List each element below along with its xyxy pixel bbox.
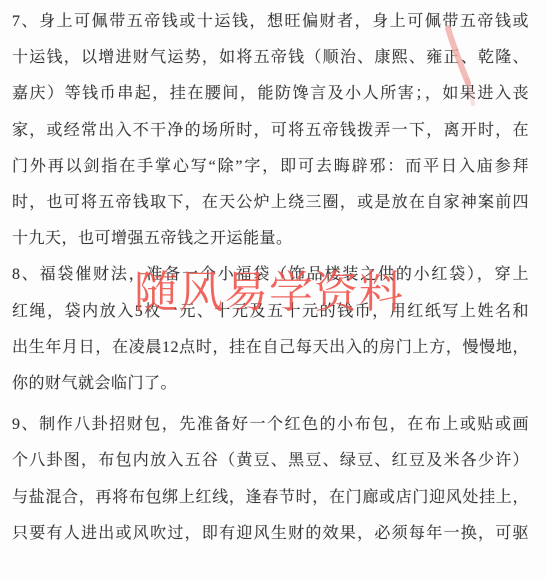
text-line: 7、身上可佩带五帝钱或十运钱，想旺偏财者，身上可佩带五帝钱或: [12, 4, 529, 40]
text-line: 个八卦图，布包内放入五谷（黄豆、黑豆、绿豆、红豆及米各少许）: [12, 443, 529, 479]
text-line: 时，也可将五帝钱取下，在天公炉上绕三圈，或是放在自家神案前四: [12, 185, 529, 221]
text-line: 红绳，袋内放入5枚一元、十元及五十元的钱币，用红纸写上姓名和: [12, 294, 529, 330]
text-line: 只要有人进出或风吹过，即有迎风生财的效果，必须每年一换，可驱: [12, 516, 529, 552]
text-line: 嘉庆）等钱币串起，挂在腰间，能防馋言及小人所害；，如果进入丧: [12, 76, 529, 112]
paragraph-9: 9、制作八卦招财包，先准备好一个红色的小布包，在布上或贴或画 个八卦图，布包内放…: [12, 407, 529, 552]
text-line: 十九天，也可增强五帝钱之开运能量。: [12, 221, 529, 257]
text-line: 十运钱，以增进财气运势，如将五帝钱（顺治、康熙、雍正、乾隆、: [12, 40, 529, 76]
text-line: 8、福袋催财法，准备一个小福袋（饰品楼装之供的小红袋），穿上: [12, 257, 529, 293]
paragraph-8: 8、福袋催财法，准备一个小福袋（饰品楼装之供的小红袋），穿上 红绳，袋内放入5枚…: [12, 257, 529, 402]
text-line: 门外再以剑指在手掌心写“除”字，即可去晦辟邪：而平日入庙参拜: [12, 149, 529, 185]
text-line: 与盐混合，再将布包绑上红线，逢春节时，在门廊或店门迎风处挂上，: [12, 480, 529, 516]
paragraph-7: 7、身上可佩带五帝钱或十运钱，想旺偏财者，身上可佩带五帝钱或 十运钱，以增进财气…: [12, 4, 529, 257]
text-line: 家，或经常出入不干净的场所时，可将五帝钱拨弄一下，离开时，在: [12, 113, 529, 149]
text-line: 出生年月日，在凌晨12点时，挂在自己每天出入的房门上方，慢慢地，: [12, 330, 529, 366]
document-page: 7、身上可佩带五帝钱或十运钱，想旺偏财者，身上可佩带五帝钱或 十运钱，以增进财气…: [0, 0, 546, 578]
text-line: 你的财气就会临门了。: [12, 366, 529, 402]
document-body: 7、身上可佩带五帝钱或十运钱，想旺偏财者，身上可佩带五帝钱或 十运钱，以增进财气…: [0, 0, 546, 552]
text-line: 9、制作八卦招财包，先准备好一个红色的小布包，在布上或贴或画: [12, 407, 529, 443]
